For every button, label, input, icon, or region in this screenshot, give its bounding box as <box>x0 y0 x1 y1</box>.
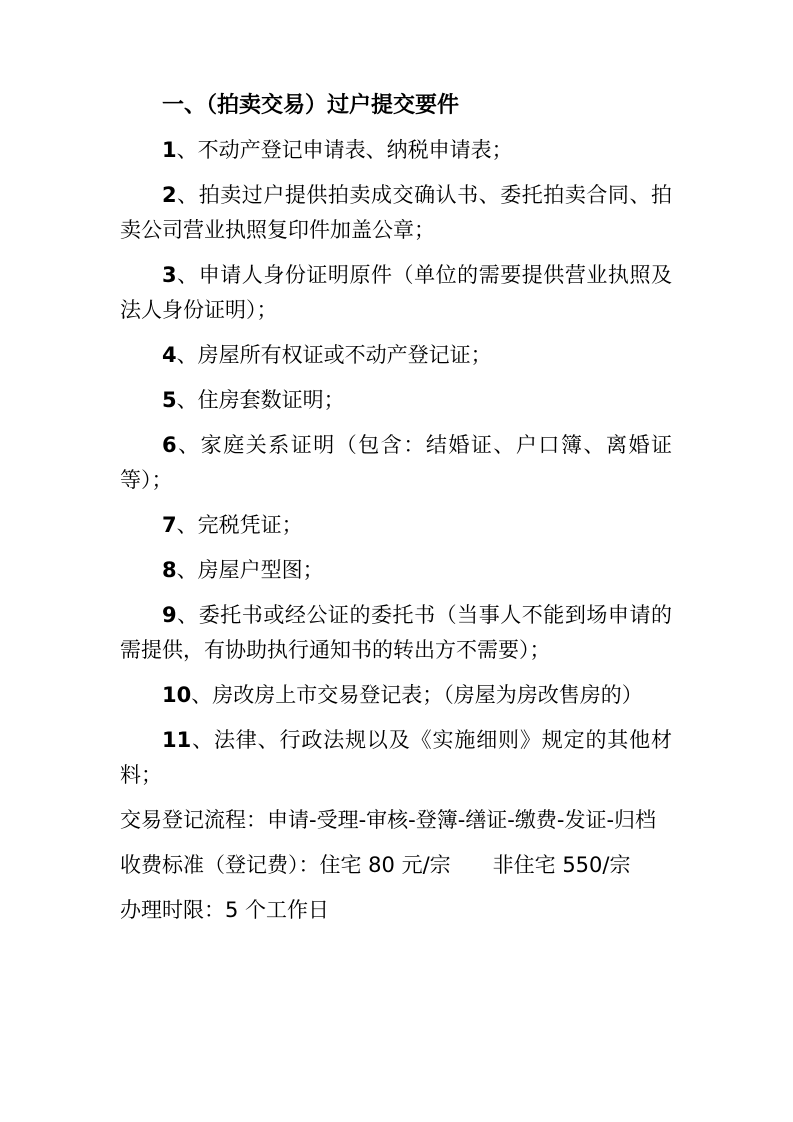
item-text: 房屋所有权证或不动产登记证； <box>198 343 492 367</box>
item-separator: 、 <box>177 343 198 367</box>
list-item: 2、拍卖过户提供拍卖成交确认书、委托拍卖合同、拍卖公司营业执照复印件加盖公章； <box>120 178 672 248</box>
item-separator: 、 <box>177 388 198 412</box>
list-item: 11、法律、行政法规以及《实施细则》规定的其他材料； <box>120 723 672 793</box>
item-text: 完税凭证； <box>198 513 303 537</box>
item-separator: 、 <box>177 558 198 582</box>
item-text: 拍卖过户提供拍卖成交确认书、委托拍卖合同、拍卖公司营业执照复印件加盖公章； <box>120 183 672 242</box>
item-number: 10 <box>162 683 191 707</box>
list-item: 1、不动产登记申请表、纳税申请表； <box>120 133 672 168</box>
item-number: 7 <box>162 513 177 537</box>
item-number: 9 <box>162 603 177 627</box>
item-separator: 、 <box>177 183 199 207</box>
item-number: 11 <box>162 728 191 752</box>
list-item: 7、完税凭证； <box>120 508 672 543</box>
item-separator: 、 <box>177 433 201 457</box>
process-flow-line: 交易登记流程：申请-受理-审核-登簿-缮证-缴费-发证-归档 <box>120 803 672 838</box>
page-title: 一、（拍卖交易）过户提交要件 <box>120 88 672 123</box>
item-separator: 、 <box>177 138 198 162</box>
item-separator: 、 <box>177 263 199 287</box>
item-number: 5 <box>162 388 177 412</box>
item-text: 申请人身份证明原件（单位的需要提供营业执照及法人身份证明）； <box>120 263 672 322</box>
list-item: 3、申请人身份证明原件（单位的需要提供营业执照及法人身份证明）； <box>120 258 672 328</box>
item-number: 8 <box>162 558 177 582</box>
item-number: 6 <box>162 433 177 457</box>
list-item: 4、房屋所有权证或不动产登记证； <box>120 338 672 373</box>
list-item: 9、委托书或经公证的委托书（当事人不能到场申请的需提供，有协助执行通知书的转出方… <box>120 598 672 668</box>
item-number: 2 <box>162 183 177 207</box>
list-item: 5、住房套数证明； <box>120 383 672 418</box>
item-text: 家庭关系证明（包含：结婚证、户口簿、离婚证等）； <box>120 433 672 492</box>
item-number: 4 <box>162 343 177 367</box>
item-separator: 、 <box>177 513 198 537</box>
item-number: 3 <box>162 263 177 287</box>
list-item: 8、房屋户型图； <box>120 553 672 588</box>
item-text: 房屋户型图； <box>198 558 324 582</box>
list-item: 10、房改房上市交易登记表；（房屋为房改售房的） <box>120 678 672 713</box>
item-text: 房改房上市交易登记表；（房屋为房改售房的） <box>212 683 643 707</box>
item-text: 不动产登记申请表、纳税申请表； <box>198 138 513 162</box>
processing-time-line: 办理时限：5 个工作日 <box>120 893 672 928</box>
fee-standard-line: 收费标准（登记费）：住宅 80 元/宗 非住宅 550/宗 <box>120 848 672 883</box>
item-separator: 、 <box>191 683 212 707</box>
document-page: 一、（拍卖交易）过户提交要件 1、不动产登记申请表、纳税申请表； 2、拍卖过户提… <box>0 0 793 1122</box>
item-separator: 、 <box>177 603 199 627</box>
item-number: 1 <box>162 138 177 162</box>
item-text: 住房套数证明； <box>198 388 345 412</box>
item-separator: 、 <box>191 728 214 752</box>
list-item: 6、家庭关系证明（包含：结婚证、户口簿、离婚证等）； <box>120 428 672 498</box>
item-text: 委托书或经公证的委托书（当事人不能到场申请的需提供，有协助执行通知书的转出方不需… <box>120 603 672 662</box>
